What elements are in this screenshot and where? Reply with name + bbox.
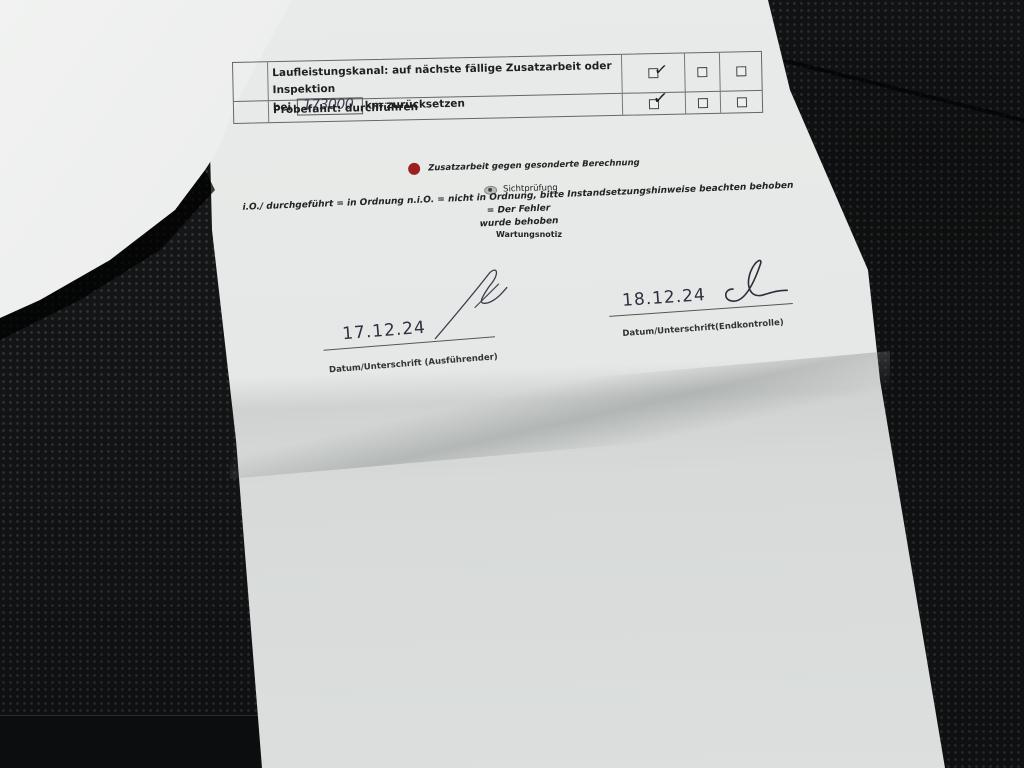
check-cell-nio[interactable] — [685, 53, 721, 92]
legend-extra-work: Zusatzarbeit gegen gesonderte Berechnung — [408, 157, 640, 175]
check-cell-nio[interactable] — [686, 92, 721, 114]
checkmark-icon: ✓ — [653, 59, 669, 79]
row-spacer — [233, 62, 269, 101]
signature-block-final-check: 18.12.24 Datum/Unterschrift(Endkontrolle… — [606, 257, 801, 350]
executor-caption: Datum/Unterschrift (Ausführender) — [329, 352, 498, 375]
maintenance-note-heading: Wartungsnotiz — [496, 230, 562, 239]
final-check-caption: Datum/Unterschrift(Endkontrolle) — [622, 318, 784, 339]
row-spacer — [234, 101, 269, 123]
executor-date-handwritten: 17.12.24 — [342, 318, 427, 345]
checkbox-empty[interactable] — [736, 97, 746, 107]
executor-signature-scrawl — [428, 265, 513, 341]
check-cell-fixed[interactable] — [720, 52, 762, 91]
signature-block-executor: 17.12.24 Datum/Unterschrift (Ausführende… — [318, 265, 515, 380]
row-label: Laufleistungskanal: auf nächste fällige … — [268, 55, 623, 100]
final-check-signature-scrawl — [714, 256, 807, 312]
checkbox-empty[interactable] — [736, 66, 746, 76]
legend-extra-work-text: Zusatzarbeit gegen gesonderte Berechnung — [428, 158, 640, 174]
red-dot-icon — [408, 163, 420, 175]
document-content: Laufleistungskanal: auf nächste fällige … — [0, 0, 1024, 768]
checklist-table: Laufleistungskanal: auf nächste fällige … — [232, 51, 763, 124]
final-check-date-handwritten: 18.12.24 — [622, 285, 707, 311]
checkmark-icon: ✓ — [652, 87, 669, 110]
check-cell-fixed[interactable] — [721, 91, 762, 113]
check-cell-io[interactable]: ✓ — [623, 93, 686, 115]
checkbox-empty[interactable] — [698, 98, 708, 108]
checkbox-empty[interactable] — [697, 67, 707, 77]
